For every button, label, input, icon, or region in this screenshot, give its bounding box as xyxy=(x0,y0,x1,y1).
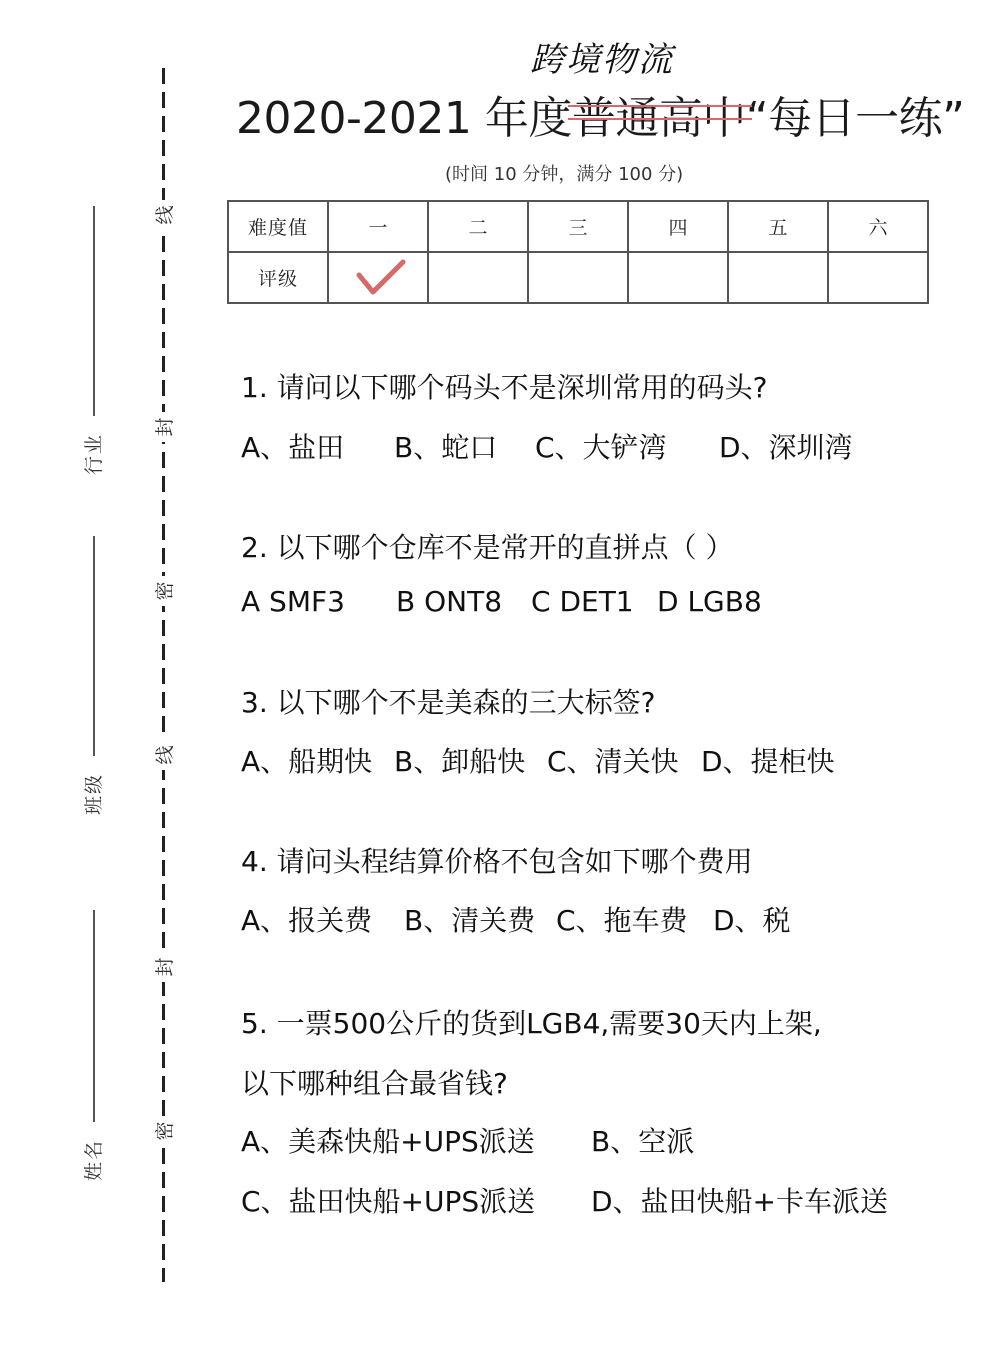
question-2-options: A SMF3B ONT8C DET1D LGB8 xyxy=(241,585,762,618)
option-d[interactable]: D、税 xyxy=(713,899,791,939)
question-5-options-row1: A、美森快船+UPS派送B、空派 xyxy=(241,1120,694,1160)
level-5: 五 xyxy=(728,201,828,252)
binding-mark-xian-1: 线 xyxy=(148,200,178,230)
title-struck-text: 普通高中 xyxy=(572,82,746,146)
question-3-options: A、船期快B、卸船快C、清关快D、提柜快 xyxy=(241,740,835,780)
option-b[interactable]: B、卸船快 xyxy=(394,740,547,780)
question-number: 4. xyxy=(241,845,268,878)
industry-field-label: 行业 xyxy=(82,424,106,484)
difficulty-table: 难度值 一 二 三 四 五 六 评级 xyxy=(227,200,929,304)
option-d[interactable]: D、深圳湾 xyxy=(719,426,853,466)
checkmark-icon xyxy=(355,258,407,298)
level-2: 二 xyxy=(428,201,528,252)
rating-header: 评级 xyxy=(228,252,328,303)
question-5-options-row2: C、盐田快船+UPS派送D、盐田快船+卡车派送 xyxy=(241,1180,888,1220)
question-3: 3. 以下哪个不是美森的三大标签? xyxy=(241,681,656,721)
question-5-line2: 以下哪种组合最省钱? xyxy=(241,1062,508,1102)
handwritten-title: 跨境物流 xyxy=(530,32,674,81)
rating-cell-5[interactable] xyxy=(728,252,828,303)
question-number: 5. xyxy=(241,1007,268,1040)
binding-dashed-line xyxy=(162,68,165,1282)
option-d[interactable]: D、盐田快船+卡车派送 xyxy=(591,1180,888,1220)
option-a[interactable]: A、船期快 xyxy=(241,740,394,780)
rating-cell-4[interactable] xyxy=(628,252,728,303)
level-1: 一 xyxy=(328,201,428,252)
title-prefix: 2020-2021 年度 xyxy=(236,93,572,144)
question-number: 3. xyxy=(241,686,268,719)
option-d[interactable]: D、提柜快 xyxy=(701,740,835,780)
name-field-label: 姓名 xyxy=(82,1130,106,1190)
difficulty-row: 难度值 一 二 三 四 五 六 xyxy=(228,201,928,252)
option-a[interactable]: A、报关费 xyxy=(241,899,404,939)
option-c[interactable]: C、盐田快船+UPS派送 xyxy=(241,1180,591,1220)
rating-row: 评级 xyxy=(228,252,928,303)
rating-cell-2[interactable] xyxy=(428,252,528,303)
page-title: 2020-2021 年度普通高中“每日一练” xyxy=(236,82,964,146)
question-number: 1. xyxy=(241,371,268,404)
rating-cell-1[interactable] xyxy=(328,252,428,303)
option-a[interactable]: A、美森快船+UPS派送 xyxy=(241,1120,591,1160)
question-number: 2. xyxy=(241,531,268,564)
option-c[interactable]: C、清关快 xyxy=(547,740,701,780)
option-c[interactable]: C、大铲湾 xyxy=(535,426,719,466)
question-5: 5. 一票500公斤的货到LGB4,需要30天内上架, xyxy=(241,1002,822,1042)
question-text: 以下哪个不是美森的三大标签? xyxy=(277,686,656,719)
question-1: 1. 请问以下哪个码头不是深圳常用的码头? xyxy=(241,366,768,406)
question-1-options: A、盐田B、蛇口C、大铲湾D、深圳湾 xyxy=(241,426,853,466)
binding-mark-xian-2: 线 xyxy=(148,740,178,770)
class-field-line[interactable] xyxy=(93,536,95,756)
option-b[interactable]: B、清关费 xyxy=(404,899,556,939)
binding-mark-mi-2: 密 xyxy=(148,1116,178,1146)
option-b[interactable]: B、空派 xyxy=(591,1120,694,1160)
question-text: 一票500公斤的货到LGB4,需要30天内上架, xyxy=(277,1007,822,1040)
binding-mark-feng-2: 封 xyxy=(148,952,178,982)
difficulty-header: 难度值 xyxy=(228,201,328,252)
title-suffix: “每日一练” xyxy=(746,93,965,144)
rating-cell-3[interactable] xyxy=(528,252,628,303)
industry-field-line[interactable] xyxy=(93,206,95,416)
question-text: 请问头程结算价格不包含如下哪个费用 xyxy=(277,845,753,878)
rating-cell-6[interactable] xyxy=(828,252,928,303)
exam-subtitle: (时间 10 分钟，满分 100 分) xyxy=(445,160,683,186)
option-d[interactable]: D LGB8 xyxy=(657,585,762,618)
level-4: 四 xyxy=(628,201,728,252)
option-a[interactable]: A SMF3 xyxy=(241,585,396,618)
option-c[interactable]: C DET1 xyxy=(531,585,657,618)
question-2: 2. 以下哪个仓库不是常开的直拼点（ ） xyxy=(241,526,734,566)
level-3: 三 xyxy=(528,201,628,252)
option-b[interactable]: B、蛇口 xyxy=(394,426,535,466)
option-b[interactable]: B ONT8 xyxy=(396,585,531,618)
question-text: 请问以下哪个码头不是深圳常用的码头? xyxy=(277,371,768,404)
level-6: 六 xyxy=(828,201,928,252)
binding-mark-mi-1: 密 xyxy=(148,576,178,606)
option-a[interactable]: A、盐田 xyxy=(241,426,394,466)
question-text: 以下哪个仓库不是常开的直拼点（ ） xyxy=(277,531,734,564)
question-4-options: A、报关费B、清关费C、拖车费D、税 xyxy=(241,899,791,939)
binding-mark-feng-1: 封 xyxy=(148,412,178,442)
question-4: 4. 请问头程结算价格不包含如下哪个费用 xyxy=(241,840,753,880)
option-c[interactable]: C、拖车费 xyxy=(556,899,713,939)
name-field-line[interactable] xyxy=(93,910,95,1122)
class-field-label: 班级 xyxy=(82,764,106,824)
